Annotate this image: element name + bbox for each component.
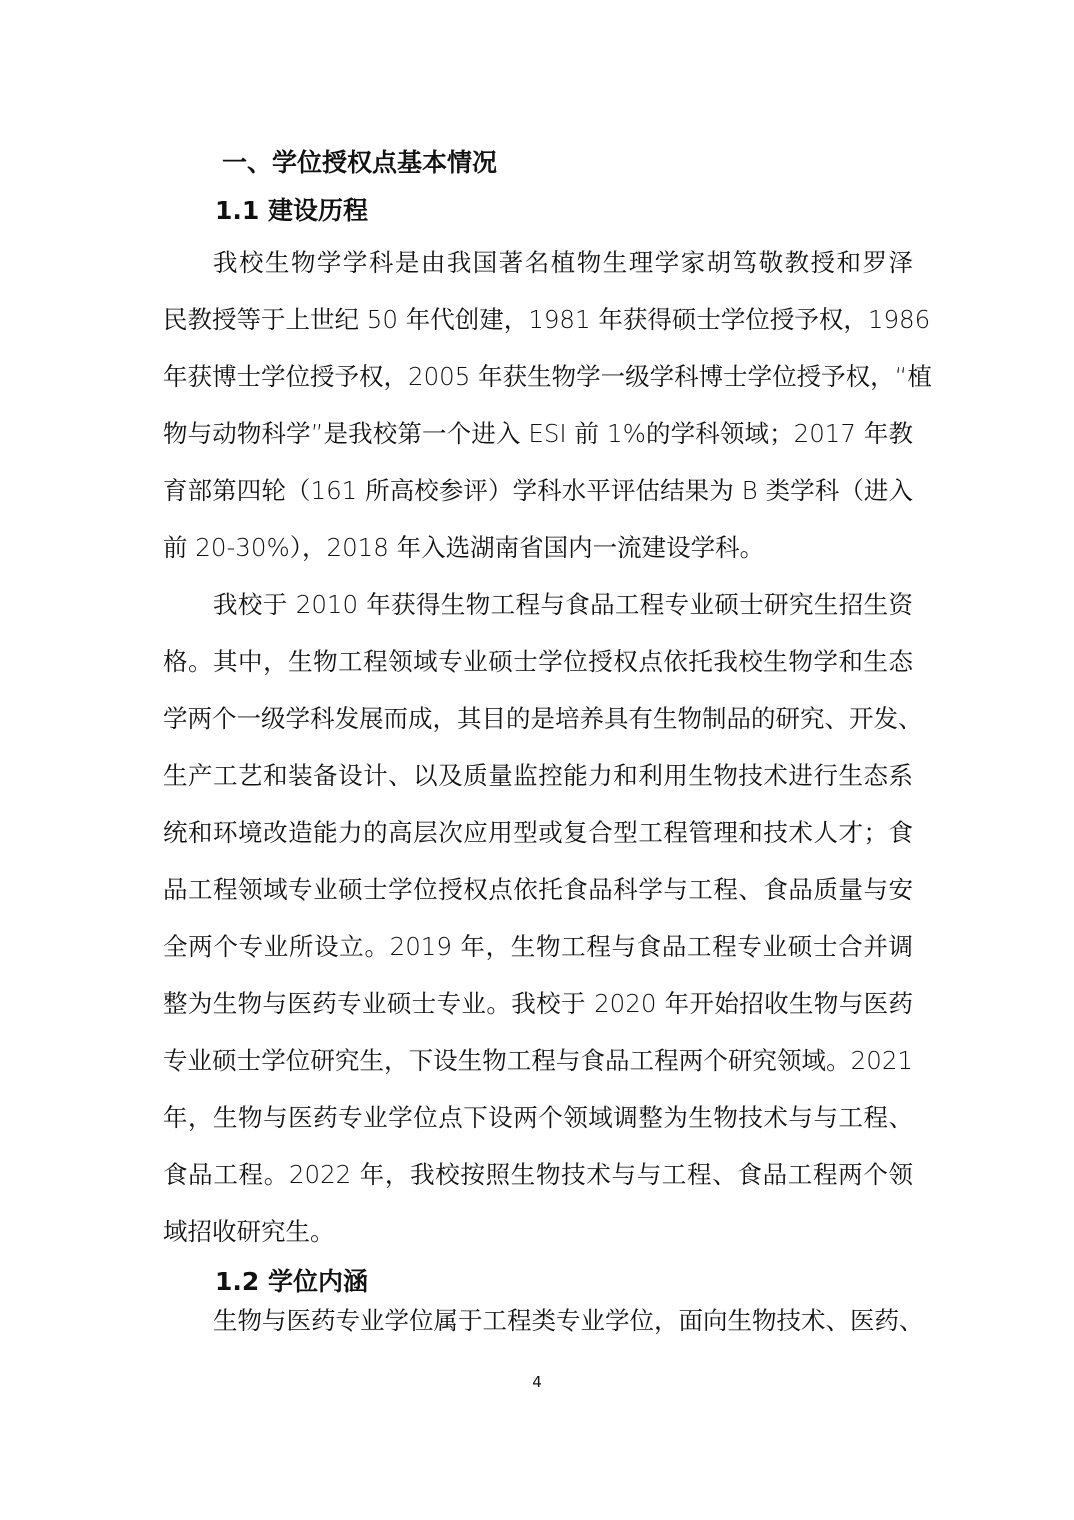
paragraph-line: 统和环境改造能力的高层次应用型或复合型工程管理和技术人才；食 <box>163 817 913 849</box>
paragraph-line: 整为生物与医药专业硕士专业。我校于 2020 年开始招收生物与医药 <box>163 988 913 1020</box>
paragraph-line: 品工程领域专业硕士学位授权点依托食品科学与工程、食品质量与安 <box>163 874 913 906</box>
paragraph-line: 物与动物科学”是我校第一个进入 ESI 前 1%的学科领域；2017 年教 <box>163 418 913 450</box>
paragraph-line: 年，生物与医药专业学位点下设两个领域调整为生物技术与与工程、 <box>163 1102 913 1134</box>
paragraph-line: 年获博士学位授予权，2005 年获生物学一级学科博士学位授予权，“植 <box>163 361 913 393</box>
paragraph-line: 民教授等于上世纪 50 年代创建，1981 年获得硕士学位授予权，1986 <box>163 304 913 336</box>
paragraph-line: 全两个专业所设立。2019 年，生物工程与食品工程专业硕士合并调 <box>163 931 913 963</box>
paragraph-line: 食品工程。2022 年，我校按照生物技术与与工程、食品工程两个领 <box>163 1159 913 1191</box>
paragraph-line: 域招收研究生。 <box>163 1216 913 1248</box>
paragraph-line: 格。其中，生物工程领域专业硕士学位授权点依托我校生物学和生态 <box>163 646 913 678</box>
paragraph-line: 前 20-30%），2018 年入选湖南省国内一流建设学科。 <box>163 532 913 564</box>
paragraph-line: 我校生物学学科是由我国著名植物生理学家胡笃敬教授和罗泽 <box>213 247 913 279</box>
paragraph-line: 我校于 2010 年获得生物工程与食品工程专业硕士研究生招生资 <box>213 589 913 621</box>
paragraph-line: 学两个一级学科发展而成，其目的是培养具有生物制品的研究、开发、 <box>163 703 913 735</box>
document-page: 一、学位授权点基本情况 1.1 建设历程 我校生物学学科是由我国著名植物生理学家… <box>0 0 1074 1520</box>
paragraph-line: 生产工艺和装备设计、以及质量监控能力和利用生物技术进行生态系 <box>163 760 913 792</box>
subsection-title-1-2: 1.2 学位内涵 <box>215 1262 368 1298</box>
paragraph-line: 育部第四轮（161 所高校参评）学科水平评估结果为 B 类学科（进入 <box>163 475 913 507</box>
page-number: 4 <box>0 1373 1074 1391</box>
paragraph-line: 生物与医药专业学位属于工程类专业学位，面向生物技术、医药、 <box>213 1305 913 1337</box>
subsection-title-1-1: 1.1 建设历程 <box>215 191 368 227</box>
paragraph-line: 专业硕士学位研究生，下设生物工程与食品工程两个研究领域。2021 <box>163 1045 913 1077</box>
section-title: 一、学位授权点基本情况 <box>222 143 497 179</box>
